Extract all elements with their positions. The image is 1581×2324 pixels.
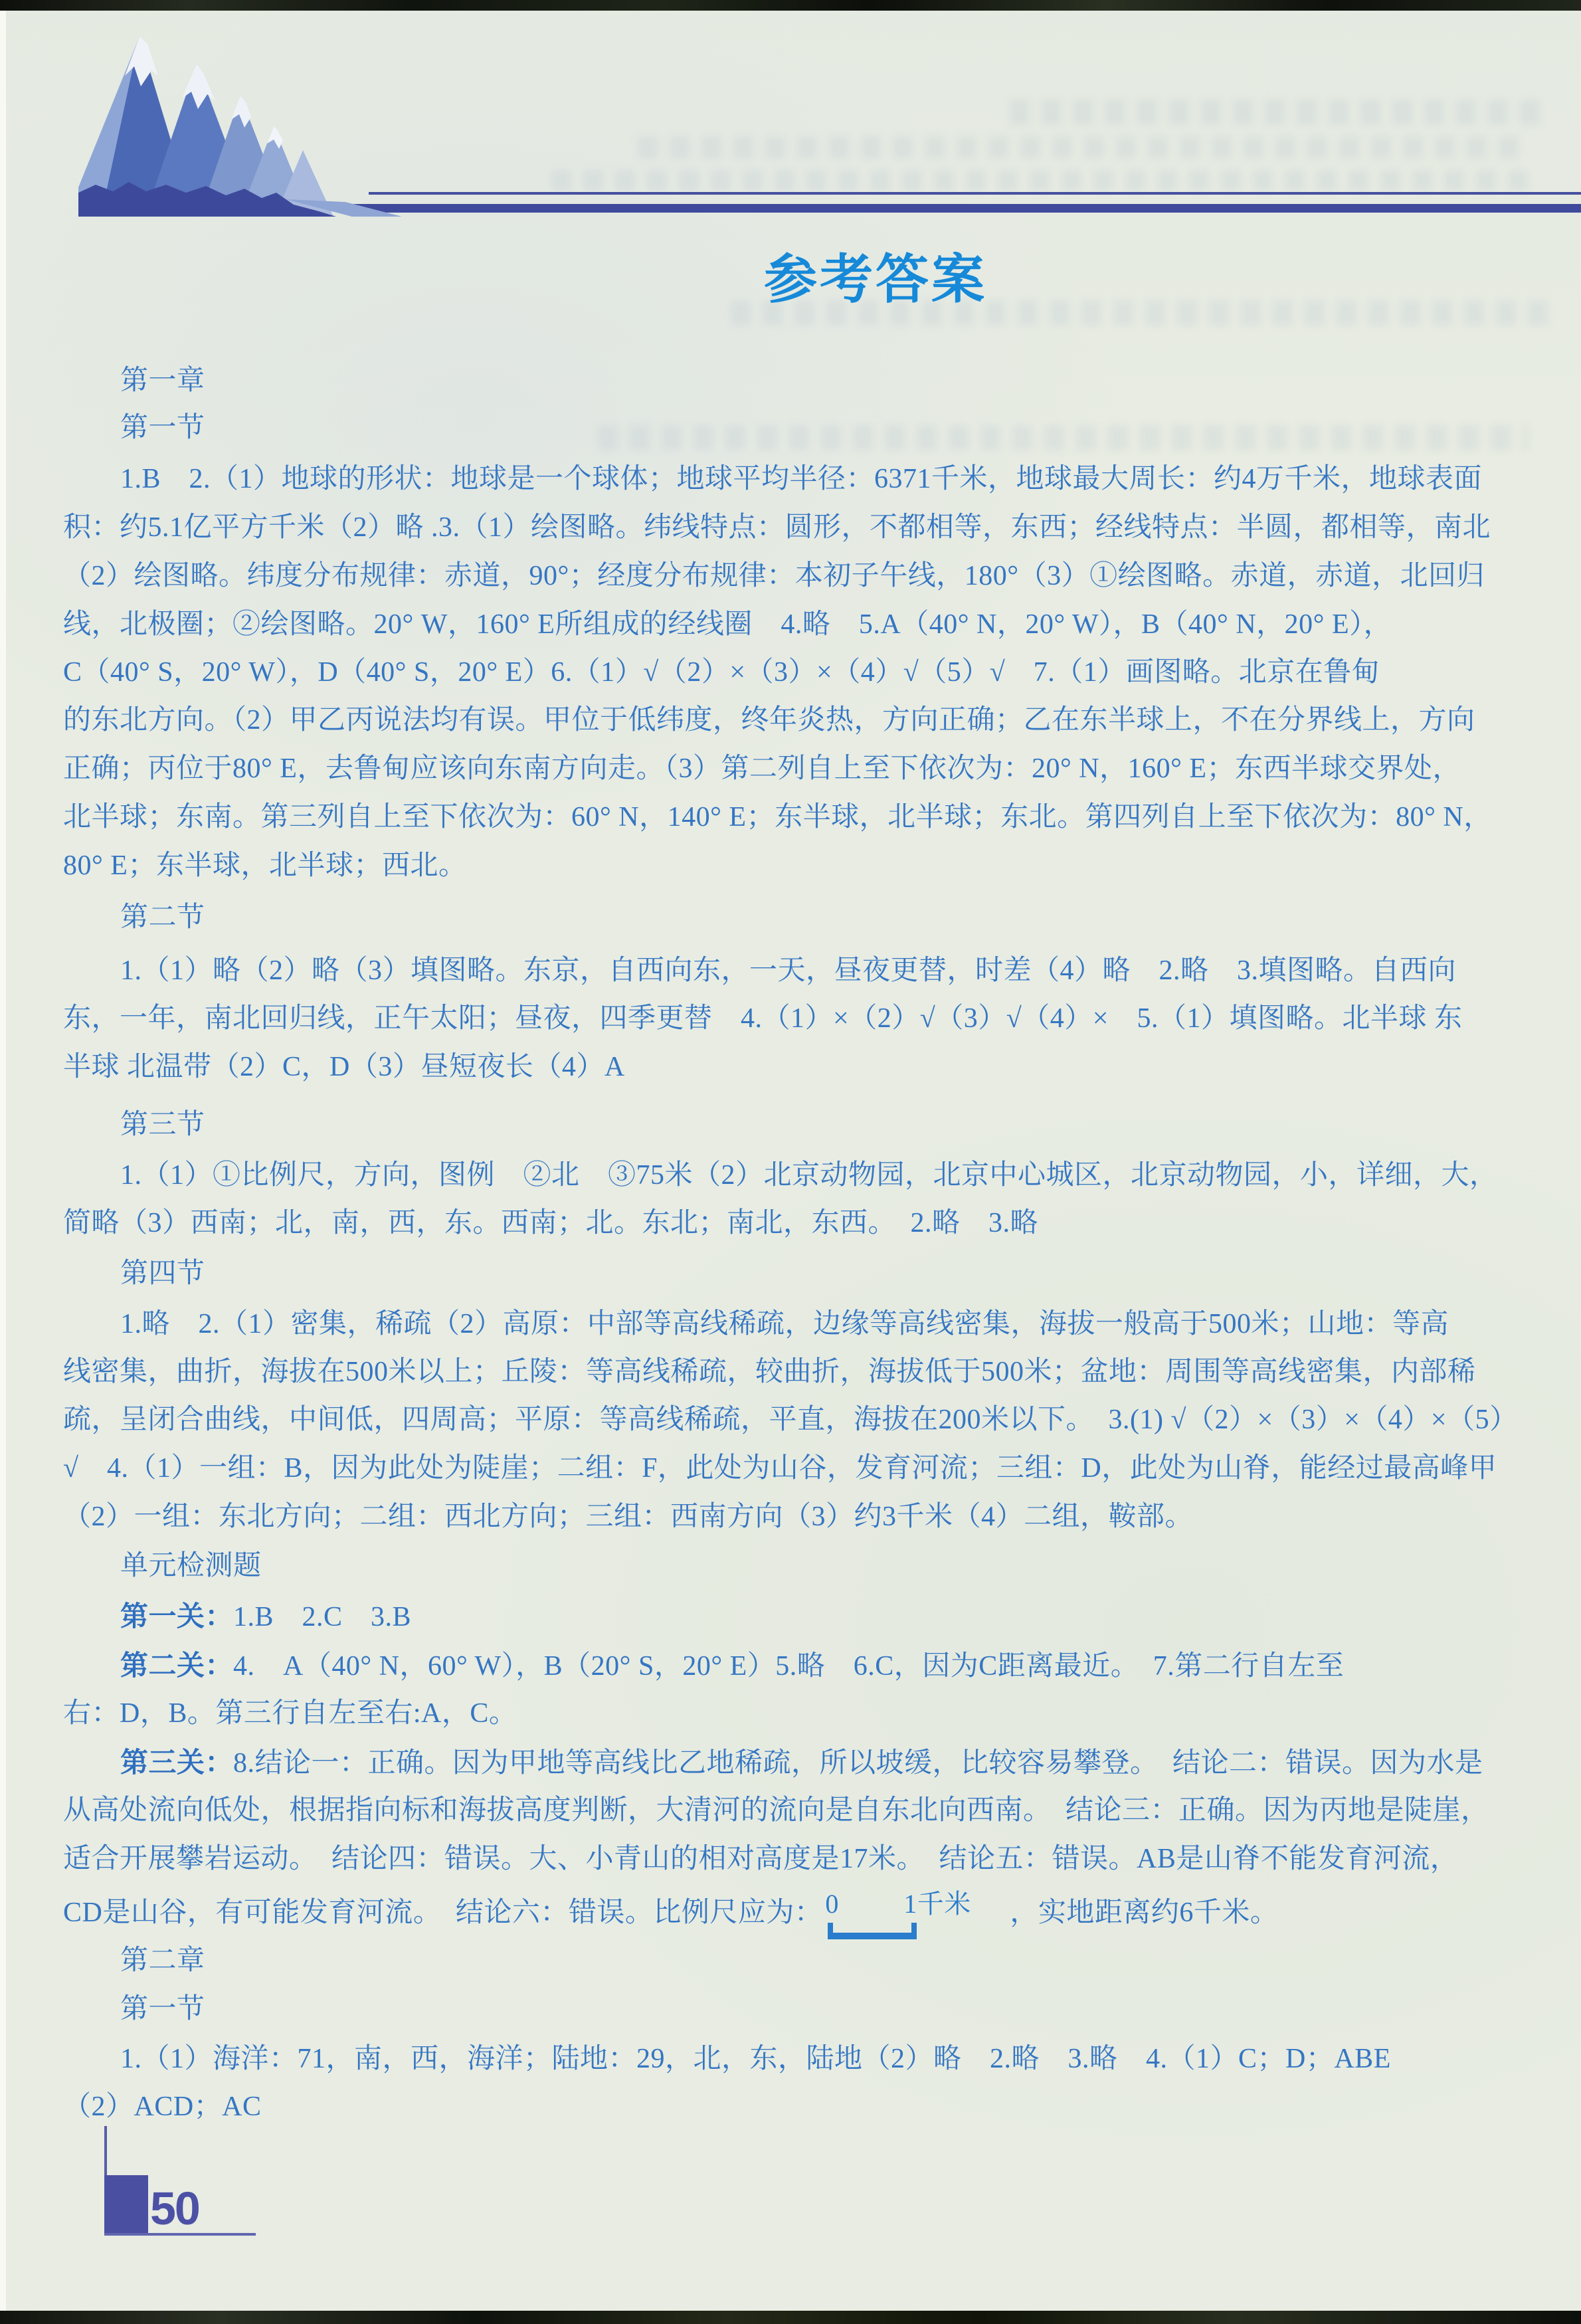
answer-line: 适合开展攀岩运动。 结论四：错误。大、小青山的相对高度是17米。 结论五：错误。… (63, 1845, 1458, 1873)
chapter-2-heading: 第二章 (120, 1947, 205, 1975)
answer-line: 第二关：4. A（40° N，60° W），B（20° S，20° E）5.略 … (120, 1652, 1344, 1680)
answer-line: 1.B 2.（1）地球的形状：地球是一个球体；地球平均半径：6371千米，地球最… (120, 465, 1482, 493)
answer-line: 积：约5.1亿平方千米（2）略 .3.（1）绘图略。纬线特点：圆形，不都相等，东… (63, 514, 1491, 541)
answer-line: （2）绘图略。纬度分布规律：赤道，90°；经度分布规律：本初子午线，180°（3… (63, 562, 1485, 590)
bleedthrough-ghost (598, 425, 1528, 450)
level-3-answers: 8.结论一：正确。因为甲地等高线比乙地稀疏，所以坡缓，比较容易攀登。 结论二：错… (233, 1748, 1483, 1779)
header-rule-thick (344, 204, 1581, 213)
answer-line: 北半球；东南。第三列自上至下依次为：60° N，140° E；东半球，北半球；东… (63, 803, 1492, 831)
answer-line: CD是山谷，有可能发育河流。 结论六：错误。比例尺应为：01千米，实地距离约6千… (63, 1893, 1278, 1927)
bleedthrough-ghost (551, 170, 1534, 191)
level-1-answers: 1.B 2.C 3.B (233, 1602, 411, 1632)
map-scale-bar: 01千米 (822, 1893, 1010, 1921)
scanned-answer-page: 参考答案 第一章 第一节 1.B 2.（1）地球的形状：地球是一个球体；地球平均… (0, 0, 1581, 2324)
answer-line: 1.略 2.（1）密集，稀疏（2）高原：中部等高线稀疏，边缘等高线密集，海拔一般… (120, 1310, 1449, 1338)
answer-line: 简略（3）西南；北，南，西，东。西南；北。东北；南北，东西。 2.略 3.略 (63, 1209, 1038, 1237)
answer-line: 右：D，B。第三行自左至右:A，C。 (63, 1699, 517, 1727)
answer-line: 疏，呈闭合曲线，中间低，四周高；平原：等高线稀疏，平直，海拔在200米以下。 3… (63, 1406, 1518, 1434)
page-number-vertical-line (104, 2126, 107, 2178)
answer-line: （2）一组：东北方向；二组：西北方向；三组：西南方向（3）约3千米（4）二组，鞍… (63, 1503, 1193, 1531)
bleedthrough-ghost (638, 136, 1528, 159)
scale-answer-post: ，实地距离约6千米。 (1010, 1897, 1278, 1928)
answer-line: 半球 北温带（2）C，D（3）昼短夜长（4）A (63, 1053, 625, 1081)
page-title: 参考答案 (764, 237, 987, 313)
answer-line: 第一关：1.B 2.C 3.B (120, 1602, 411, 1631)
scan-edge-left (0, 11, 6, 2311)
section-3-heading: 第三节 (120, 1111, 205, 1139)
section-2-heading: 第二节 (120, 904, 205, 931)
answer-line: 第三关：8.结论一：正确。因为甲地等高线比乙地稀疏，所以坡缓，比较容易攀登。 结… (120, 1749, 1483, 1777)
answer-line: （2）ACD；AC (63, 2093, 262, 2121)
scan-edge-top (0, 0, 1581, 11)
page-number-square (104, 2175, 148, 2236)
answer-line: 正确；丙位于80° E，去鲁甸应该向东南方向走。（3）第二列自上至下依次为：20… (63, 755, 1461, 783)
answer-line: 线，北极圈；②绘图略。20° W，160° E所组成的经线圈 4.略 5.A（4… (63, 611, 1392, 638)
page-number: 50 (150, 2182, 199, 2235)
answer-line: 1.（1）略（2）略（3）填图略。东京，自西向东，一天，昼夜更替，时差（4）略 … (120, 957, 1456, 985)
answer-line: 80° E；东半球，北半球；西北。 (63, 852, 466, 880)
chapter-1-heading: 第一章 (120, 367, 205, 395)
level-1-label: 第一关： (120, 1600, 233, 1632)
mountain-logo-icon (40, 33, 402, 221)
answer-line: 从高处流向低处，根据指向标和海拔高度判断，大清河的流向是自东北向西南。 结论三：… (63, 1796, 1489, 1824)
scale-bar-bracket (828, 1923, 917, 1939)
level-3-label: 第三关： (120, 1747, 233, 1778)
bleedthrough-ghost (1010, 100, 1541, 125)
answer-line: 的东北方向。（2）甲乙丙说法均有误。甲位于低纬度，终年炎热，方向正确；乙在东半球… (63, 706, 1475, 734)
scale-answer-pre: CD是山谷，有可能发育河流。 结论六：错误。比例尺应为： (63, 1897, 822, 1928)
section-4-heading: 第四节 (120, 1260, 205, 1288)
header-rule-thin (369, 192, 1581, 195)
scale-km-label: 1千米 (903, 1891, 971, 1917)
scale-zero-label: 0 (825, 1891, 839, 1917)
answer-line: 东，一年，南北回归线，正午太阳；昼夜，四季更替 4.（1）×（2）√（3）√（4… (63, 1005, 1462, 1032)
answer-line: 线密集，曲折，海拔在500米以上；丘陵：等高线稀疏，较曲折，海拔低于500米；盆… (63, 1358, 1476, 1386)
scan-edge-bottom (0, 2311, 1581, 2324)
level-2-answers: 4. A（40° N，60° W），B（20° S，20° E）5.略 6.C，… (233, 1651, 1344, 1682)
answer-line: 1.（1）海洋：71，南，西，海洋；陆地：29，北，东，陆地（2）略 2.略 3… (120, 2045, 1391, 2073)
answer-line: C（40° S，20° W），D（40° S，20° E）6.（1）√（2）×（… (63, 658, 1380, 686)
answer-line: 1.（1）①比例尺，方向，图例 ②北 ③75米（2）北京动物园，北京中心城区，北… (120, 1161, 1498, 1189)
chapter-2-section-1-heading: 第一节 (120, 1995, 205, 2023)
section-1-heading: 第一节 (120, 414, 205, 442)
level-2-label: 第二关： (120, 1650, 233, 1681)
answer-line: √ 4.（1）一组：B，因为此处为陡崖；二组：F，此处为山谷，发育河流；三组：D… (63, 1454, 1497, 1482)
unit-test-heading: 单元检测题 (120, 1552, 262, 1580)
